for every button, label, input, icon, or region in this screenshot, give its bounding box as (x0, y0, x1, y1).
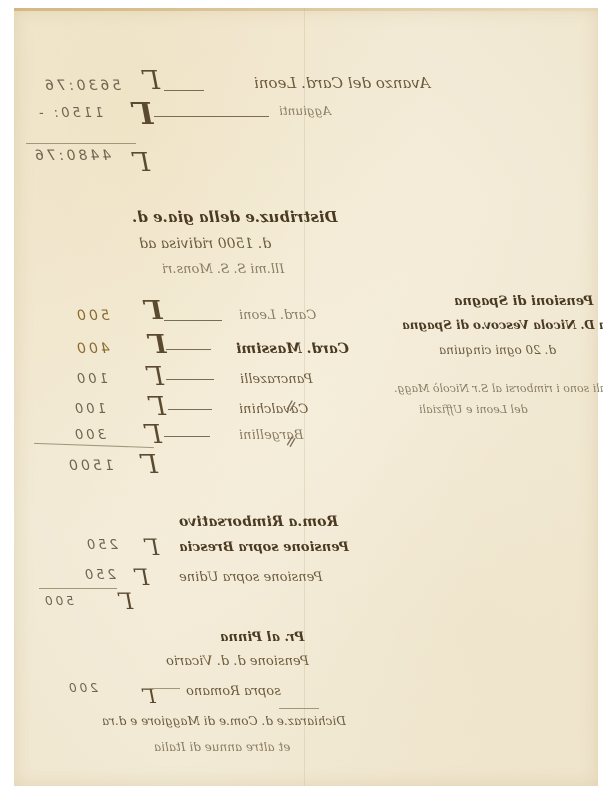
allocation-name-2: Card. Massimi (236, 341, 349, 357)
currency-glyph: Γ (140, 452, 158, 478)
right-note-line-1: Pensioni di Spagna (454, 294, 593, 309)
currency-glyph: Γ (148, 394, 166, 420)
second-account-row-1: Pensione sopra Brescia (179, 540, 349, 555)
currency-glyph: Γ (142, 68, 160, 94)
allocation-total: 1500 (66, 458, 114, 474)
allocation-name-3: Pancrazelli (240, 372, 313, 387)
leader-line (154, 116, 269, 117)
leader-line (279, 708, 319, 709)
leader-line (164, 90, 204, 91)
allocation-amount-3: 100 (74, 372, 108, 387)
manuscript-page: Avanzo del Card. Leoni 5630:76 Γ Aggiunt… (14, 8, 598, 786)
top-line-amount-1: 5630:76 (42, 78, 121, 94)
second-account-heading: Rom.a Rimborsativo (179, 514, 338, 530)
currency-glyph: Γ (132, 100, 153, 130)
second-account-row-2: Pensione sopra Udine (179, 570, 323, 585)
currency-glyph: Γ (144, 298, 162, 324)
sum-rule (34, 443, 154, 448)
third-account-line-3: sopra Romano (186, 684, 281, 699)
right-note-subline-1: Quali sono i rimborsi al S.r Nicolò Magg… (394, 382, 603, 395)
second-account-amount-1: 250 (84, 538, 118, 553)
second-account-amount-2: 250 (82, 568, 116, 583)
allocation-amount-4: 100 (72, 402, 106, 417)
currency-glyph: Γ (144, 538, 159, 560)
sum-rule (39, 588, 117, 589)
right-note-subline-2: del Leoni e Uffiziali (419, 403, 528, 416)
allocation-heading-3: Ill.mi S. S. Mons.ri (162, 262, 284, 277)
currency-glyph: Γ (132, 150, 150, 176)
top-line-amount-2: 1150: - (36, 106, 103, 121)
third-account-amount: 200 (66, 681, 98, 695)
currency-glyph: Γ (142, 686, 156, 706)
second-account-total: 500 (42, 594, 74, 608)
sum-rule (26, 143, 136, 144)
right-note-line-3: d. 20 ogni cinquina (439, 343, 556, 357)
third-account-line-1: Pr. al Pinna (220, 630, 304, 645)
third-account-line-2: Pensione d. d. Vicario (166, 654, 309, 669)
allocation-heading-1: Distribuz.e della gia.e d. (132, 208, 338, 226)
leader-line (168, 409, 212, 410)
top-line-label-1: Avanzo del Card. Leoni (254, 74, 430, 92)
allocation-heading-2: d. 1500 ridivisa ad (139, 236, 271, 252)
allocation-amount-5: 300 (72, 428, 106, 443)
leader-line (164, 436, 210, 437)
currency-glyph: Γ (144, 422, 162, 448)
currency-glyph: Γ (118, 592, 133, 614)
third-account-footer-1: Dichiaraz.e d. Com.e di Maggiore e d.ra (102, 714, 346, 728)
allocation-amount-1: 500 (74, 308, 110, 324)
allocation-name-1: Card. Leoni (239, 308, 316, 323)
top-line-label-2: Aggiunti (279, 104, 331, 118)
currency-glyph: Γ (148, 332, 166, 358)
leader-line (166, 379, 214, 380)
allocation-amount-2: 400 (74, 341, 110, 357)
leader-line (150, 688, 180, 689)
currency-glyph: Γ (146, 364, 164, 390)
leader-line (166, 349, 211, 350)
right-note-line-2: a D. Nicola Vescov.o di Spagna (402, 318, 603, 332)
top-total: 4480:76 (32, 148, 111, 164)
currency-glyph: Γ (134, 568, 149, 590)
leader-line (164, 320, 222, 321)
third-account-footer-2: et altre annue di Italia (154, 740, 290, 754)
